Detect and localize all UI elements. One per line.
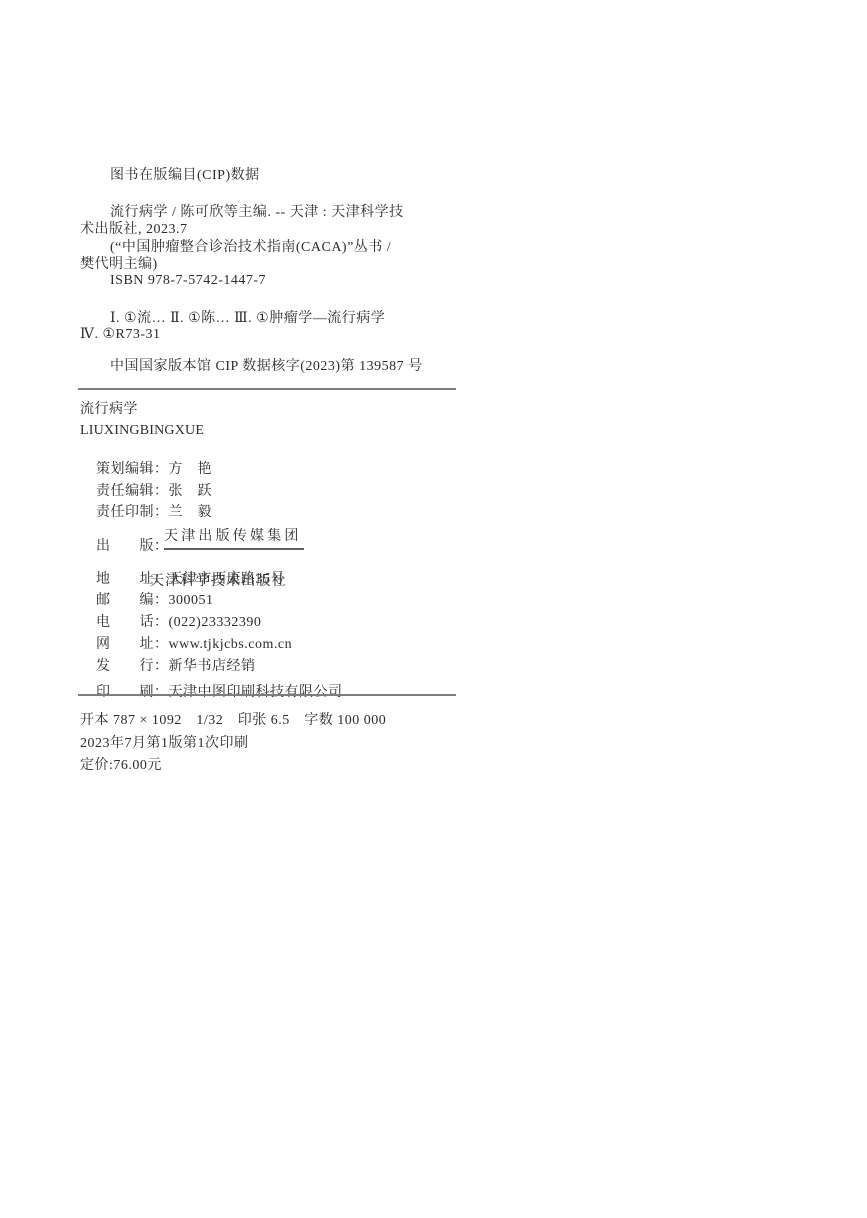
price-line: 定价:76.00元: [80, 757, 162, 774]
cip-title-line-2: 术出版社, 2023.7: [80, 221, 188, 238]
publisher-row-label: 印 刷：: [96, 685, 169, 700]
cip-series-line-1: (“中国肿瘤整合诊治技术指南(CACA)”丛书 /: [110, 239, 391, 256]
edition-line: 2023年7月第1版第1次印刷: [80, 735, 249, 752]
format-specs-line: 开本 787 × 1092 1/32 印张 6.5 字数 100 000: [80, 712, 386, 729]
cip-title-line-1: 流行病学 / 陈可欣等主编. -- 天津 : 天津科学技: [110, 204, 404, 221]
book-title-pinyin: LIUXINGBINGXUE: [80, 422, 204, 439]
publisher-row-value: 天津中图印刷科技有限公司: [169, 685, 343, 700]
cip-heading: 图书在版编目(CIP)数据: [110, 167, 260, 184]
cip-classification-line-1: Ⅰ. ①流… Ⅱ. ①陈… Ⅲ. ①肿瘤学—流行病学: [110, 310, 385, 327]
publisher-row: 印 刷：天津中图印刷科技有限公司: [80, 667, 343, 718]
cip-series-line-2: 樊代明主编): [80, 256, 158, 273]
isbn-line: ISBN 978-7-5742-1447-7: [110, 272, 266, 289]
cip-record-number-line: 中国国家版本馆 CIP 数据核字(2023)第 139587 号: [110, 358, 423, 375]
copyright-page: 图书在版编目(CIP)数据 流行病学 / 陈可欣等主编. -- 天津 : 天津科…: [0, 0, 867, 1218]
divider-rule-bottom: [78, 694, 456, 696]
divider-rule-top: [78, 388, 456, 390]
book-title: 流行病学: [80, 401, 138, 418]
press-group-name: 天津出版传媒集团: [164, 525, 304, 550]
cip-classification-line-2: Ⅳ. ①R73-31: [80, 326, 161, 343]
